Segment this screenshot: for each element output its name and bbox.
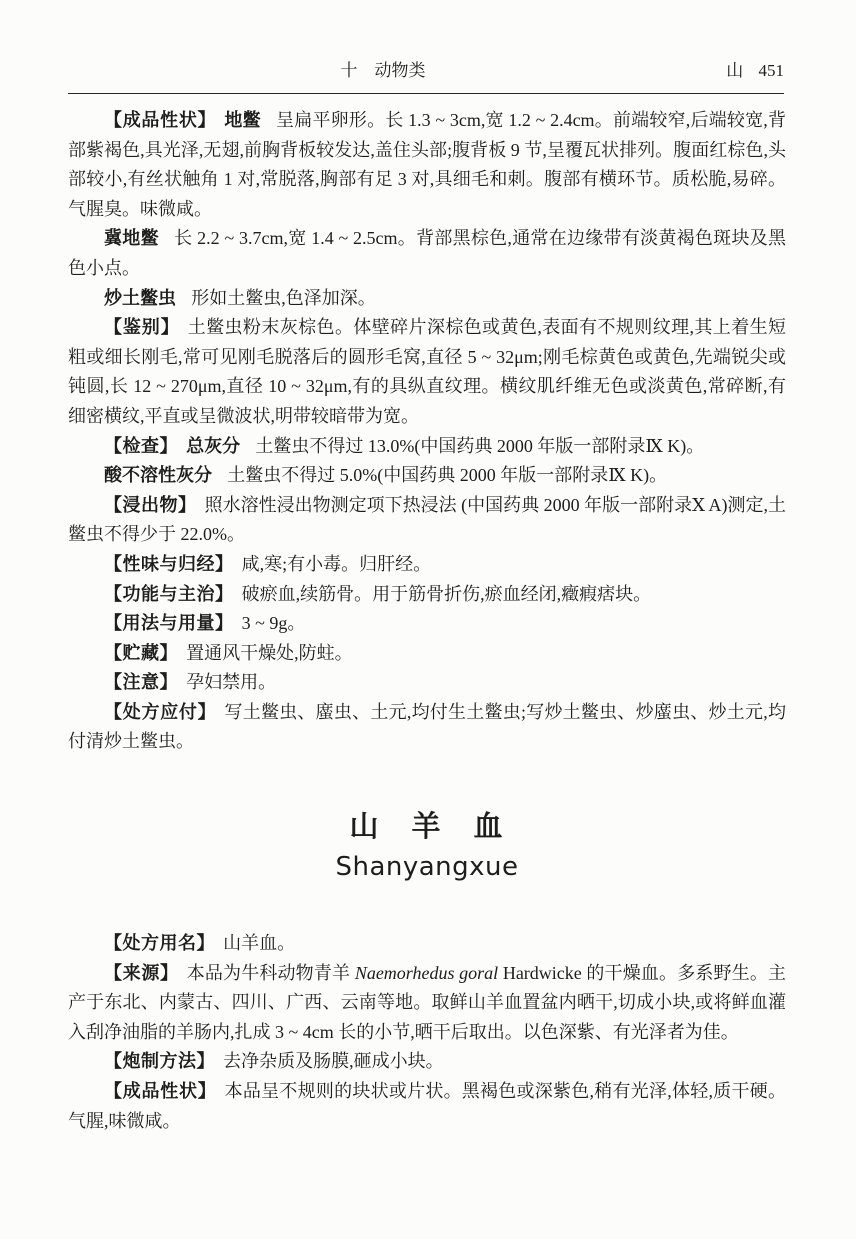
running-head: 十动物类 山451 bbox=[68, 60, 784, 82]
entry-title: 山 羊 血 bbox=[68, 809, 786, 845]
bracket-label: 【注意】 bbox=[104, 672, 178, 692]
para-jinchuwu: 【浸出物】照水溶性浸出物测定项下热浸法 (中国药典 2000 年版一部附录Ⅹ A… bbox=[68, 491, 786, 550]
entry-pinyin: Shanyangxue bbox=[68, 851, 786, 883]
para-laiyuan: 【来源】本品为牛科动物青羊 Naemorhedus goral Hardwick… bbox=[68, 959, 786, 1048]
para-jidibie: 冀地鳖长 2.2 ~ 3.7cm,宽 1.4 ~ 2.5cm。背部黑棕色,通常在… bbox=[68, 224, 786, 283]
bracket-label: 【成品性状】 bbox=[104, 1081, 217, 1101]
bracket-label: 【处方应付】 bbox=[104, 702, 216, 722]
para-text: 咸,寒;有小毒。归肝经。 bbox=[242, 554, 432, 574]
bracket-label: 【检查】 bbox=[104, 436, 178, 456]
para-chao-tubiechong: 炒土鳖虫形如土鳖虫,色泽加深。 bbox=[68, 284, 786, 314]
book-page: 十动物类 山451 【成品性状】地鳖呈扁平卵形。长 1.3 ~ 3cm,宽 1.… bbox=[0, 0, 856, 1239]
chapter-title: 动物类 bbox=[375, 61, 426, 80]
bracket-label: 【来源】 bbox=[104, 963, 179, 983]
bracket-label: 【贮藏】 bbox=[104, 643, 178, 663]
bracket-label: 【功能与主治】 bbox=[104, 584, 234, 604]
para-text: 长 2.2 ~ 3.7cm,宽 1.4 ~ 2.5cm。背部黑棕色,通常在边缘带… bbox=[68, 228, 786, 278]
sub-heading: 酸不溶性灰分 bbox=[104, 465, 212, 485]
bracket-label: 【浸出物】 bbox=[104, 495, 197, 515]
para-chengpin-xingzhuang: 【成品性状】地鳖呈扁平卵形。长 1.3 ~ 3cm,宽 1.2 ~ 2.4cm。… bbox=[68, 106, 786, 224]
para-xingwei-guijing: 【性味与归经】咸,寒;有小毒。归肝经。 bbox=[68, 550, 786, 580]
para-chufang-yongming: 【处方用名】山羊血。 bbox=[68, 929, 786, 959]
sub-heading: 冀地鳖 bbox=[104, 228, 159, 248]
para-text: 形如土鳖虫,色泽加深。 bbox=[191, 288, 376, 308]
bracket-label: 【用法与用量】 bbox=[104, 613, 234, 633]
para-text: 土鳖虫不得过 13.0%(中国药典 2000 年版一部附录Ⅸ K)。 bbox=[255, 436, 704, 456]
entry-tubiechong: 【成品性状】地鳖呈扁平卵形。长 1.3 ~ 3cm,宽 1.2 ~ 2.4cm。… bbox=[68, 106, 786, 757]
page-number: 451 bbox=[759, 61, 785, 80]
sub-heading: 总灰分 bbox=[186, 436, 240, 456]
para-text: 去净杂质及肠膜,砸成小块。 bbox=[223, 1051, 444, 1071]
sub-heading: 地鳖 bbox=[224, 110, 260, 130]
para-jianbie: 【鉴别】土鳖虫粉末灰棕色。体壁碎片深棕色或黄色,表面有不规则纹理,其上着生短粗或… bbox=[68, 313, 786, 431]
bracket-label: 【炮制方法】 bbox=[104, 1051, 215, 1071]
para-text: 土鳖虫不得过 5.0%(中国药典 2000 年版一部附录Ⅸ K)。 bbox=[227, 465, 667, 485]
header-rule bbox=[68, 93, 784, 94]
para-text: 破瘀血,续筋骨。用于筋骨折伤,瘀血经闭,癥瘕痞块。 bbox=[242, 584, 652, 604]
bracket-label: 【成品性状】 bbox=[104, 110, 216, 130]
running-head-folio: 山451 bbox=[726, 60, 784, 82]
para-text: 置通风干燥处,防蛀。 bbox=[186, 643, 353, 663]
bracket-label: 【性味与归经】 bbox=[104, 554, 234, 574]
para-text: 3 ~ 9g。 bbox=[242, 613, 306, 633]
para-chengpin-xingzhuang-2: 【成品性状】本品呈不规则的块状或片状。黑褐色或深紫色,稍有光泽,体轻,质干硬。气… bbox=[68, 1077, 786, 1136]
para-text: 山羊血。 bbox=[223, 933, 295, 953]
bracket-label: 【鉴别】 bbox=[104, 317, 180, 337]
para-zhuyi: 【注意】孕妇禁用。 bbox=[68, 668, 786, 698]
para-paozhi-fangfa: 【炮制方法】去净杂质及肠膜,砸成小块。 bbox=[68, 1047, 786, 1077]
entry-shanyangxue: 山 羊 血 Shanyangxue 【处方用名】山羊血。 【来源】本品为牛科动物… bbox=[68, 809, 786, 1136]
chapter-number: 十 bbox=[341, 61, 358, 80]
para-jiancha: 【检查】总灰分土鳖虫不得过 13.0%(中国药典 2000 年版一部附录Ⅸ K)… bbox=[68, 432, 786, 462]
page-group-character: 山 bbox=[726, 61, 743, 80]
bracket-label: 【处方用名】 bbox=[104, 933, 215, 953]
text-column: 【成品性状】地鳖呈扁平卵形。长 1.3 ~ 3cm,宽 1.2 ~ 2.4cm。… bbox=[68, 106, 786, 1136]
sub-heading: 炒土鳖虫 bbox=[104, 288, 176, 308]
latin-species-name: Naemorhedus goral bbox=[355, 963, 498, 983]
para-yongfa-yongliang: 【用法与用量】3 ~ 9g。 bbox=[68, 609, 786, 639]
para-gongneng-zhuzhi: 【功能与主治】破瘀血,续筋骨。用于筋骨折伤,瘀血经闭,癥瘕痞块。 bbox=[68, 580, 786, 610]
para-suanburongxing-huifen: 酸不溶性灰分土鳖虫不得过 5.0%(中国药典 2000 年版一部附录Ⅸ K)。 bbox=[68, 461, 786, 491]
para-chufang-yingfu: 【处方应付】写土鳖虫、䗪虫、土元,均付生土鳖虫;写炒土鳖虫、炒䗪虫、炒土元,均付… bbox=[68, 698, 786, 757]
running-head-chapter: 十动物类 bbox=[68, 60, 698, 82]
para-zhucang: 【贮藏】置通风干燥处,防蛀。 bbox=[68, 639, 786, 669]
para-text: 本品为牛科动物青羊 bbox=[187, 963, 355, 983]
para-text: 孕妇禁用。 bbox=[186, 672, 276, 692]
